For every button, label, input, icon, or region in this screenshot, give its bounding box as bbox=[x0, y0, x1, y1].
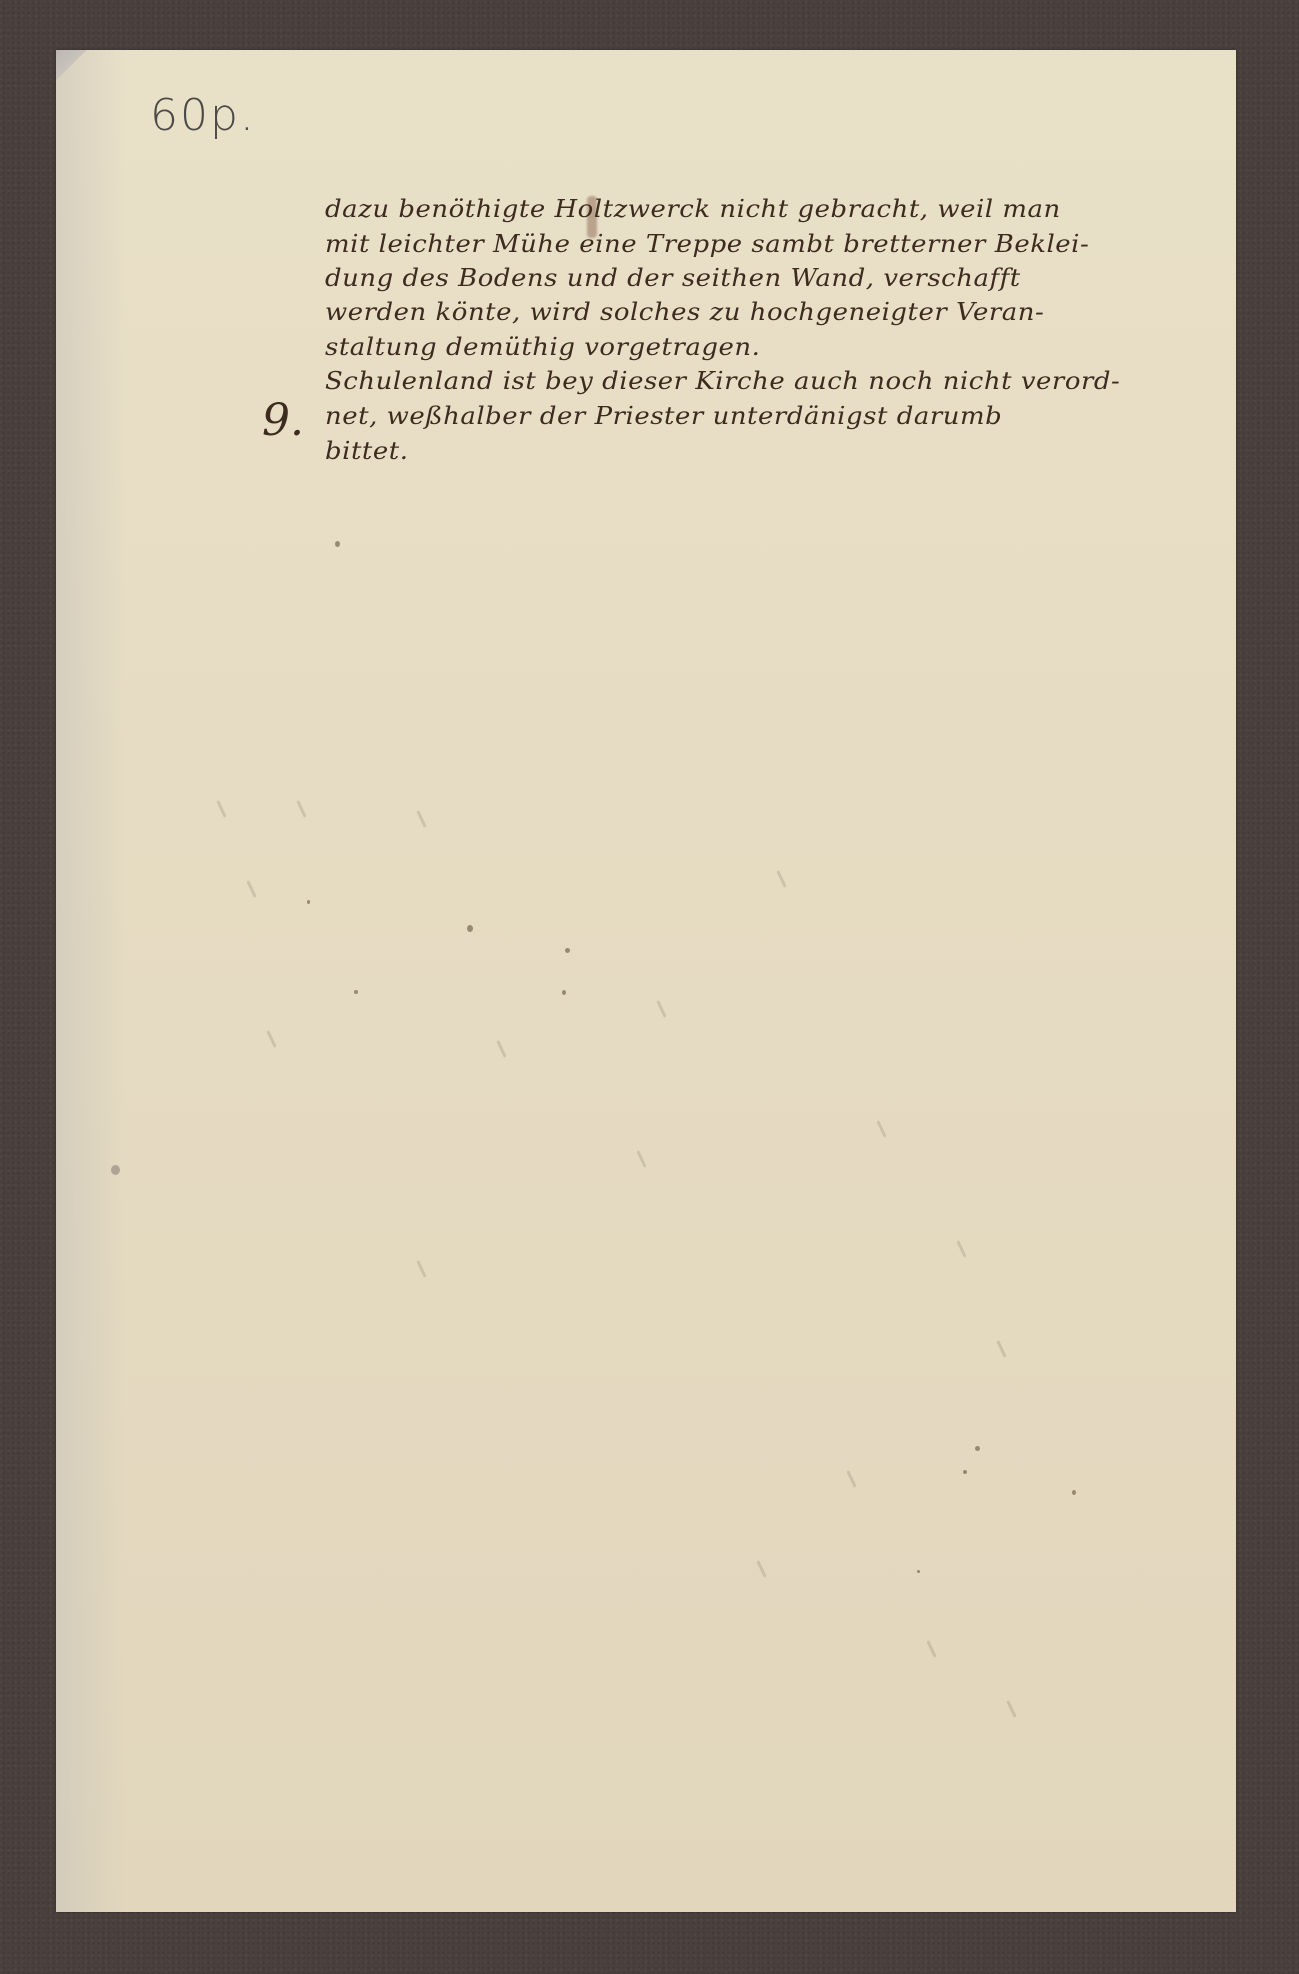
paper-speck bbox=[1072, 1490, 1076, 1495]
paper-speck bbox=[307, 900, 310, 904]
folded-corner bbox=[56, 50, 86, 80]
item-number: 9. bbox=[262, 395, 304, 446]
paper-speck bbox=[335, 541, 340, 547]
folio-number: 60p. bbox=[150, 90, 256, 141]
paper-speck bbox=[467, 925, 473, 932]
paper-speck bbox=[975, 1446, 980, 1451]
text-line-7: net, weßhalber der Priester unterdänigst… bbox=[325, 402, 1002, 430]
text-line-1: dazu benöthigte Holtzwerck nicht gebrach… bbox=[325, 195, 1061, 223]
text-line-3: dung des Bodens und der seithen Wand, ve… bbox=[325, 264, 1021, 292]
paper-speck bbox=[565, 948, 570, 953]
paper-speck bbox=[354, 990, 358, 994]
text-line-2: mit leichter Mühe eine Treppe sambt bret… bbox=[325, 230, 1089, 258]
text-line-5: staltung demüthig vorgetragen. bbox=[325, 333, 760, 361]
paper-speck bbox=[917, 1570, 920, 1573]
paper-speck bbox=[963, 1470, 967, 1474]
paper-speck bbox=[111, 1165, 120, 1175]
page-fold-shadow bbox=[56, 50, 126, 1912]
paper-speck bbox=[562, 990, 566, 995]
text-line-4: werden könte, wird solches zu hochgeneig… bbox=[325, 298, 1044, 326]
manuscript-page bbox=[56, 50, 1236, 1912]
text-line-6: Schulenland ist bey dieser Kirche auch n… bbox=[325, 367, 1120, 395]
text-line-8: bittet. bbox=[325, 437, 408, 465]
